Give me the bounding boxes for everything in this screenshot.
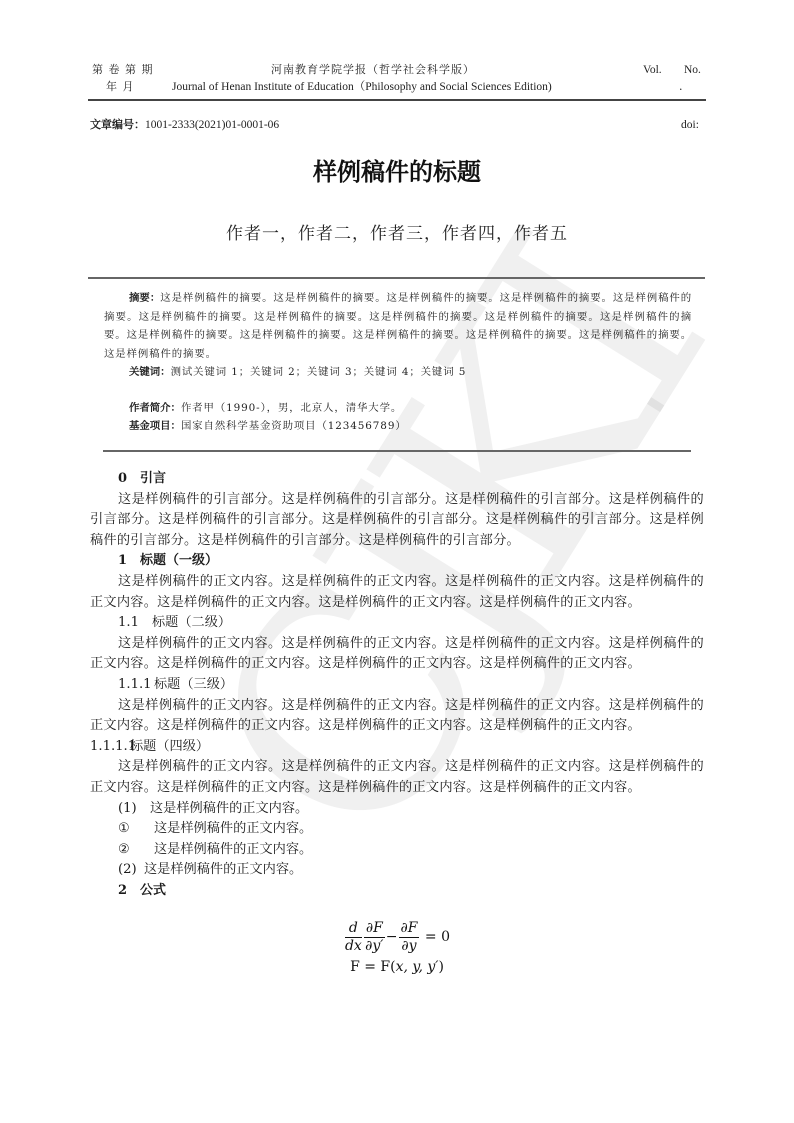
funding: 基金项目：国家自然科学基金资助项目（123456789） [129, 417, 407, 435]
author-list: 作者一，作者二，作者三，作者四，作者五 [0, 222, 794, 246]
article-number-value: 1001-2333(2021)01-0001-06 [145, 119, 279, 131]
minus-sign: − [386, 929, 398, 945]
author-bio-text: 作者甲（1990-），男，北京人，清华大学。 [181, 402, 402, 414]
denominator: dx [345, 938, 362, 955]
abstract-top-rule [88, 277, 705, 279]
fraction: ∂F∂y [399, 920, 420, 955]
list-marker: ② [118, 840, 154, 861]
heading-number: 0 [118, 469, 140, 490]
paper-title: 样例稿件的标题 [0, 156, 794, 188]
heading-section-1-1-1-1: 1.1.1.1标题（四级） [90, 737, 704, 758]
article-number-label: 文章编号： [90, 118, 145, 131]
heading-number: 1.1 [118, 613, 152, 634]
doi-label: doi: [681, 118, 699, 132]
list-marker: ① [118, 819, 154, 840]
euler-lagrange-equation: ddx∂F∂y′−∂F∂y = 0 [0, 918, 794, 956]
function-definition: F = F(x, y, y′) [0, 956, 794, 978]
header-issue: 第 卷 第 期 [92, 63, 154, 77]
header-period: . [679, 80, 683, 94]
heading-title: 标题（三级） [154, 677, 233, 692]
abstract: 摘要：这是样例稿件的摘要。这是样例稿件的摘要。这是样例稿件的摘要。这是样例稿件的… [104, 289, 692, 363]
abstract-label: 摘要： [129, 292, 160, 304]
heading-title: 引言 [140, 471, 166, 486]
heading-title: 标题（一级） [140, 553, 218, 568]
numerator: d [345, 920, 362, 938]
paragraph-section-1-1: 这是样例稿件的正文内容。这是样例稿件的正文内容。这是样例稿件的正文内容。这是样例… [90, 634, 704, 675]
paragraph-section-1: 这是样例稿件的正文内容。这是样例稿件的正文内容。这是样例稿件的正文内容。这是样例… [90, 572, 704, 613]
fraction: ddx [345, 920, 362, 955]
numerator: ∂F [364, 920, 385, 938]
function-close: ) [438, 959, 443, 975]
header-journal-en: Journal of Henan Institute of Education（… [172, 80, 552, 94]
denominator: ∂y [399, 938, 420, 955]
paragraph-intro: 这是样例稿件的引言部分。这是样例稿件的引言部分。这是样例稿件的引言部分。这是样例… [90, 490, 704, 552]
function-lhs: F = F( [350, 959, 396, 975]
body-text: 0引言 这是样例稿件的引言部分。这是样例稿件的引言部分。这是样例稿件的引言部分。… [90, 451, 704, 901]
author-bio: 作者简介：作者甲（1990-），男，北京人，清华大学。 [129, 399, 402, 417]
heading-number: 1.1.1.1 [90, 737, 130, 758]
function-args: x, y, y′ [396, 959, 439, 975]
funding-label: 基金项目： [129, 420, 181, 432]
keywords-text: 测试关键词 1；关键词 2；关键词 3；关键词 4；关键词 5 [171, 366, 467, 378]
numerator: ∂F [399, 920, 420, 938]
list-text: 这是样例稿件的正文内容。 [150, 801, 308, 816]
author-bio-label: 作者简介： [129, 402, 181, 414]
equation-rhs: = 0 [425, 929, 450, 945]
heading-number: 1 [118, 551, 140, 572]
heading-title: 标题（四级） [130, 739, 209, 754]
fraction: ∂F∂y′ [364, 920, 385, 955]
list-marker: (1) [118, 799, 150, 820]
keywords: 关键词：测试关键词 1；关键词 2；关键词 3；关键词 4；关键词 5 [129, 363, 466, 381]
list-item: ②这是样例稿件的正文内容。 [90, 840, 704, 861]
article-number: 文章编号：1001-2333(2021)01-0001-06 [90, 118, 279, 132]
heading-title: 标题（二级） [152, 615, 231, 630]
heading-section-1-1: 1.1标题（二级） [90, 613, 704, 634]
list-text: 这是样例稿件的正文内容。 [144, 862, 302, 877]
list-item: (2)这是样例稿件的正文内容。 [90, 860, 704, 881]
heading-number: 2 [118, 881, 140, 902]
list-text: 这是样例稿件的正文内容。 [154, 842, 312, 857]
heading-section-1: 1标题（一级） [90, 551, 704, 572]
paragraph-section-1-1-1: 这是样例稿件的正文内容。这是样例稿件的正文内容。这是样例稿件的正文内容。这是样例… [90, 696, 704, 737]
funding-text: 国家自然科学基金资助项目（123456789） [181, 420, 407, 432]
header-journal-cn: 河南教育学院学报（哲学社会科学版） [271, 63, 475, 77]
header-date: 年 月 [106, 80, 135, 94]
header-no: No. [684, 63, 701, 77]
list-text: 这是样例稿件的正文内容。 [154, 821, 312, 836]
paragraph-section-1-1-1-1: 这是样例稿件的正文内容。这是样例稿件的正文内容。这是样例稿件的正文内容。这是样例… [90, 757, 704, 798]
equation-block: ddx∂F∂y′−∂F∂y = 0 F = F(x, y, y′) [0, 918, 794, 978]
list-item: (1)这是样例稿件的正文内容。 [90, 799, 704, 820]
list-marker: (2) [118, 860, 144, 881]
header-rule [88, 99, 706, 101]
heading-title: 公式 [140, 883, 166, 898]
heading-number: 1.1.1 [118, 675, 154, 696]
denominator: ∂y′ [364, 938, 385, 955]
keywords-label: 关键词： [129, 366, 171, 378]
header-vol: Vol. [643, 63, 662, 77]
heading-section-1-1-1: 1.1.1标题（三级） [90, 675, 704, 696]
heading-section-0: 0引言 [90, 469, 704, 490]
heading-section-2: 2公式 [90, 881, 704, 902]
list-item: ①这是样例稿件的正文内容。 [90, 819, 704, 840]
abstract-text: 这是样例稿件的摘要。这是样例稿件的摘要。这是样例稿件的摘要。这是样例稿件的摘要。… [104, 292, 692, 360]
